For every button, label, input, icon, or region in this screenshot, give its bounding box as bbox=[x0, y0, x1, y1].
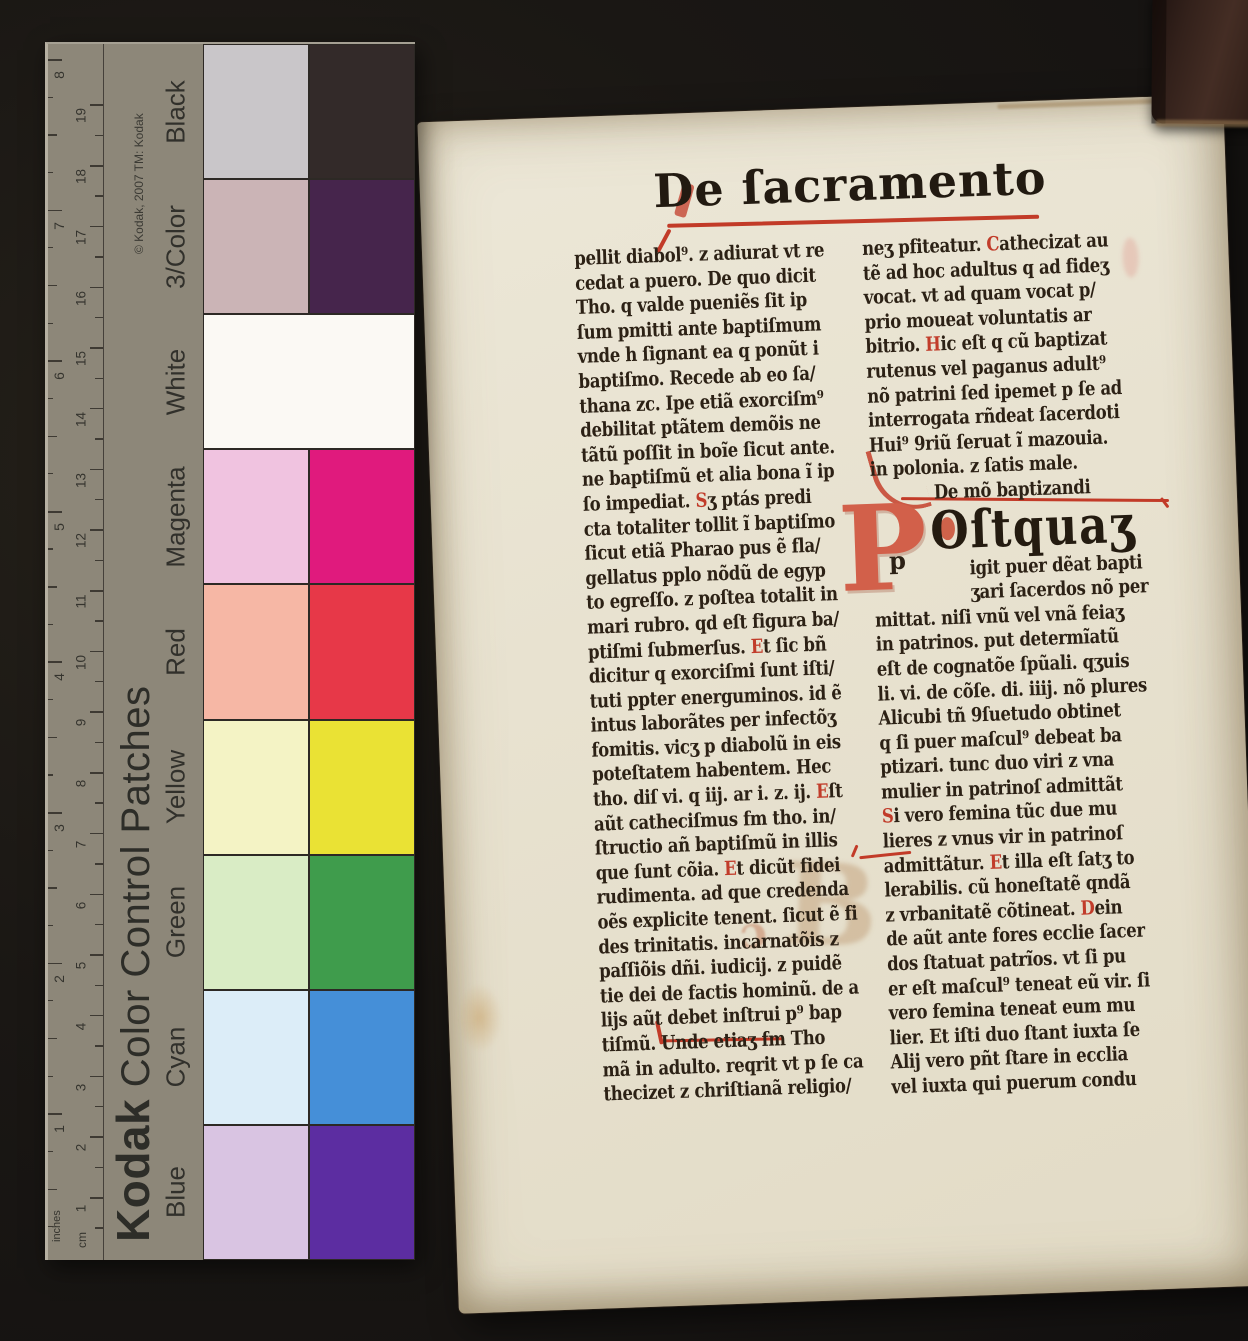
ruler-tick bbox=[48, 172, 53, 173]
ruler-tick bbox=[90, 1197, 103, 1199]
ruler-tick bbox=[48, 699, 53, 700]
ruler-cm-number: 5 bbox=[74, 955, 89, 977]
column-right-lower-lines: mittat. niſi vnũ vel vnã feiaʒin patrino… bbox=[875, 599, 1175, 1100]
ruler-tick bbox=[48, 963, 62, 965]
ruler-tick bbox=[90, 651, 103, 653]
ruler-tick bbox=[48, 398, 53, 399]
ruler-cm-number: 10 bbox=[74, 651, 89, 673]
ruler-tick bbox=[90, 711, 103, 713]
ruler-tick bbox=[90, 590, 103, 592]
ruler-cm-number: 17 bbox=[74, 226, 89, 248]
ruler-cm-number: 19 bbox=[74, 105, 89, 127]
title-underline bbox=[667, 215, 1039, 228]
ruler-tick bbox=[95, 742, 103, 743]
swatch-row-label: Red bbox=[148, 584, 203, 719]
column-right-upper-lines: neʒ pfiteatur. Cathecizat autẽ ad hoc ad… bbox=[862, 227, 1153, 483]
ruler-tick bbox=[48, 548, 53, 549]
ruler-cm-number: 8 bbox=[74, 773, 89, 795]
ruler-inch-number: 8 bbox=[51, 64, 67, 86]
ruler-tick bbox=[48, 1113, 62, 1115]
swatch-label-text: Green bbox=[160, 886, 191, 958]
ruler-cm-number: 12 bbox=[74, 530, 89, 552]
ruler-cm-number: 18 bbox=[74, 166, 89, 188]
ruler-tick bbox=[90, 408, 103, 410]
ruler-cm-number: 16 bbox=[74, 287, 89, 309]
swatch-label-text: Magenta bbox=[160, 466, 191, 567]
ruler-tick bbox=[95, 1106, 103, 1107]
ruler-tick bbox=[90, 287, 103, 289]
swatch-rows: Black3/ColorWhiteMagentaRedYellowGreenCy… bbox=[148, 44, 415, 1260]
ruler-tick bbox=[90, 1136, 103, 1138]
ruler-tick bbox=[90, 833, 103, 835]
swatch-white bbox=[203, 314, 415, 449]
ruler-tick bbox=[90, 894, 103, 896]
swatch-label-text: Black bbox=[160, 80, 191, 144]
ruler-cm-number: 3 bbox=[74, 1076, 89, 1098]
swatch-label-text: Yellow bbox=[160, 750, 191, 824]
ruler-tick bbox=[90, 165, 103, 167]
ruler-tick bbox=[48, 1226, 53, 1227]
swatch-row: White bbox=[148, 314, 415, 449]
ruler-tick bbox=[48, 210, 62, 212]
swatch-light bbox=[203, 990, 309, 1125]
swatch-row: Blue bbox=[148, 1125, 415, 1260]
swatch-label-text: Red bbox=[160, 628, 191, 676]
incipit-big-word: Oſtquaʒ bbox=[929, 497, 1155, 557]
ruler-tick bbox=[90, 226, 103, 228]
swatch-light bbox=[203, 44, 309, 179]
swatch-row: Green bbox=[148, 855, 415, 990]
ruler-tick bbox=[95, 438, 103, 439]
ruler-tick bbox=[90, 529, 103, 531]
ruler-tick bbox=[48, 737, 57, 739]
swatch-row-label: White bbox=[148, 314, 203, 449]
kodak-color-card: inches cm 123456789101112131415161718191… bbox=[45, 42, 415, 1260]
page-stain bbox=[456, 982, 504, 1054]
ruler-inch-number: 4 bbox=[51, 666, 67, 688]
ruler-tick bbox=[48, 473, 53, 474]
swatch-row-label: 3/Color bbox=[148, 179, 203, 314]
spine-foot-edge bbox=[1155, 120, 1248, 128]
ruler-tick bbox=[48, 1151, 53, 1152]
text-column-right: neʒ pfiteatur. Cathecizat autẽ ad hoc ad… bbox=[862, 227, 1175, 1100]
ruler-tick bbox=[48, 624, 53, 625]
swatch-row-label: Black bbox=[148, 44, 203, 179]
rubricated-letter: H bbox=[925, 333, 941, 357]
swatch-row: Black bbox=[148, 44, 415, 179]
text-column-left: pellit diabol⁹. z adiurat vt recedat a p… bbox=[574, 237, 887, 1107]
ruler-cm-label: cm bbox=[75, 1232, 89, 1248]
ruler-scale: inches cm 123456789101112131415161718191… bbox=[48, 44, 104, 1260]
swatch-row-label: Cyan bbox=[148, 990, 203, 1125]
ruler-tick bbox=[48, 285, 57, 287]
ruler-tick bbox=[95, 317, 103, 318]
ruler-tick bbox=[48, 887, 57, 889]
ruler-inch-number: 3 bbox=[51, 817, 67, 839]
ruler-tick bbox=[48, 97, 53, 98]
rubricated-letter: E bbox=[724, 857, 737, 880]
ruler-tick bbox=[95, 378, 103, 379]
ruler-tick bbox=[48, 436, 57, 438]
swatch-dark bbox=[309, 44, 415, 179]
ruler-tick bbox=[95, 499, 103, 500]
ruler-tick bbox=[90, 1015, 103, 1017]
ruler-inch-number: 1 bbox=[51, 1118, 67, 1140]
swatch-row-label: Yellow bbox=[148, 720, 203, 855]
swatch-row: Yellow bbox=[148, 720, 415, 855]
rubricated-letter: S bbox=[695, 488, 707, 511]
swatch-light bbox=[203, 179, 309, 314]
card-copyright: © Kodak, 2007 TM: Kodak bbox=[132, 74, 146, 254]
ruler-tick bbox=[90, 954, 103, 956]
swatch-row: Magenta bbox=[148, 449, 415, 584]
rubricated-letter: E bbox=[816, 780, 829, 803]
page-title: De ſacramento bbox=[599, 149, 1101, 220]
ruler-cm-number: 1 bbox=[74, 1198, 89, 1220]
ruler-cm-number: 13 bbox=[74, 469, 89, 491]
swatch-row: Red bbox=[148, 584, 415, 719]
ruler-inch-number: 6 bbox=[51, 365, 67, 387]
swatch-row: Cyan bbox=[148, 990, 415, 1125]
ruler-tick bbox=[95, 681, 103, 682]
swatch-light bbox=[203, 449, 309, 584]
ruler-cm-number: 15 bbox=[74, 348, 89, 370]
swatch-row-label: Blue bbox=[148, 1125, 203, 1260]
ruler-tick bbox=[48, 661, 62, 663]
swatch-dark bbox=[309, 449, 415, 584]
ruler-cm-number: 7 bbox=[74, 833, 89, 855]
manuscript-page: B ɔ De ſacramento pellit diabol⁹. z adiu… bbox=[417, 94, 1248, 1313]
ruler-tick bbox=[48, 134, 57, 136]
ruler-tick bbox=[48, 812, 62, 814]
ruler-tick bbox=[95, 135, 103, 136]
ruler-tick bbox=[90, 1076, 103, 1078]
ruler-tick bbox=[90, 772, 103, 774]
swatch-dark bbox=[309, 720, 415, 855]
ruler-cm-number: 9 bbox=[74, 712, 89, 734]
ruler-tick bbox=[90, 469, 103, 471]
ruler-cm-number: 4 bbox=[74, 1015, 89, 1037]
swatch-row: 3/Color bbox=[148, 179, 415, 314]
ruler-tick bbox=[48, 59, 62, 61]
ruler-tick bbox=[48, 360, 62, 362]
ruler-tick bbox=[95, 924, 103, 925]
ruler-tick bbox=[48, 1189, 57, 1191]
swatch-label-text: Blue bbox=[160, 1166, 191, 1218]
swatch-light bbox=[203, 1125, 309, 1260]
ruler-tick bbox=[95, 560, 103, 561]
spine-shadow-edge bbox=[1151, 0, 1166, 124]
swatch-light bbox=[203, 584, 309, 719]
ruler-tick bbox=[48, 247, 53, 248]
ruler-cm-number: 2 bbox=[74, 1137, 89, 1159]
swatch-dark bbox=[309, 1125, 415, 1260]
ruler-tick bbox=[48, 1000, 53, 1001]
ruler-tick bbox=[48, 1076, 53, 1077]
swatch-label-text: White bbox=[160, 349, 191, 415]
book-spine-fragment bbox=[1151, 0, 1248, 124]
ruler-inch-number: 5 bbox=[51, 516, 67, 538]
ruler-tick bbox=[95, 1227, 103, 1228]
rubricated-letter: C bbox=[986, 232, 1000, 255]
swatch-light bbox=[203, 720, 309, 855]
swatch-dark bbox=[309, 584, 415, 719]
swatch-dark bbox=[309, 179, 415, 314]
ruler-tick bbox=[90, 104, 103, 106]
ruler-tick bbox=[48, 1038, 57, 1040]
ruler-inch-number: 2 bbox=[51, 968, 67, 990]
swatch-label-text: 3/Color bbox=[160, 205, 191, 289]
rubricated-letter: E bbox=[989, 850, 1002, 873]
swatch-row-label: Magenta bbox=[148, 449, 203, 584]
rubricated-letter: D bbox=[1080, 896, 1095, 919]
ruler-inch-number: 7 bbox=[51, 215, 67, 237]
ruler-cm-number: 11 bbox=[74, 591, 89, 613]
ruler-tick bbox=[48, 323, 53, 324]
ruler-cm-number: 6 bbox=[74, 894, 89, 916]
swatch-row-label: Green bbox=[148, 855, 203, 990]
ruler-tick bbox=[48, 774, 53, 775]
swatch-dark bbox=[309, 855, 415, 990]
ruler-tick bbox=[95, 620, 103, 621]
ruler-cm-number: 14 bbox=[74, 408, 89, 430]
guide-letter: p bbox=[889, 546, 907, 576]
swatch-light bbox=[203, 855, 309, 990]
ruler-tick bbox=[95, 256, 103, 257]
swatch-dark bbox=[309, 990, 415, 1125]
ruler-tick bbox=[48, 925, 53, 926]
ruler-tick bbox=[48, 511, 62, 513]
ruler-tick bbox=[95, 802, 103, 803]
photograph-background: inches cm 123456789101112131415161718191… bbox=[0, 0, 1248, 1341]
rubricated-letter: S bbox=[882, 805, 894, 828]
ruler-tick bbox=[95, 1167, 103, 1168]
ruler-tick bbox=[48, 850, 53, 851]
rubricated-letter: E bbox=[750, 634, 763, 657]
swatch-label-text: Cyan bbox=[160, 1027, 191, 1088]
ruler-tick bbox=[90, 347, 103, 349]
ruler-tick bbox=[48, 586, 57, 588]
ruler-tick bbox=[95, 985, 103, 986]
ruler-tick bbox=[95, 195, 103, 196]
ruler-tick bbox=[95, 1045, 103, 1046]
ruler-tick bbox=[95, 863, 103, 864]
